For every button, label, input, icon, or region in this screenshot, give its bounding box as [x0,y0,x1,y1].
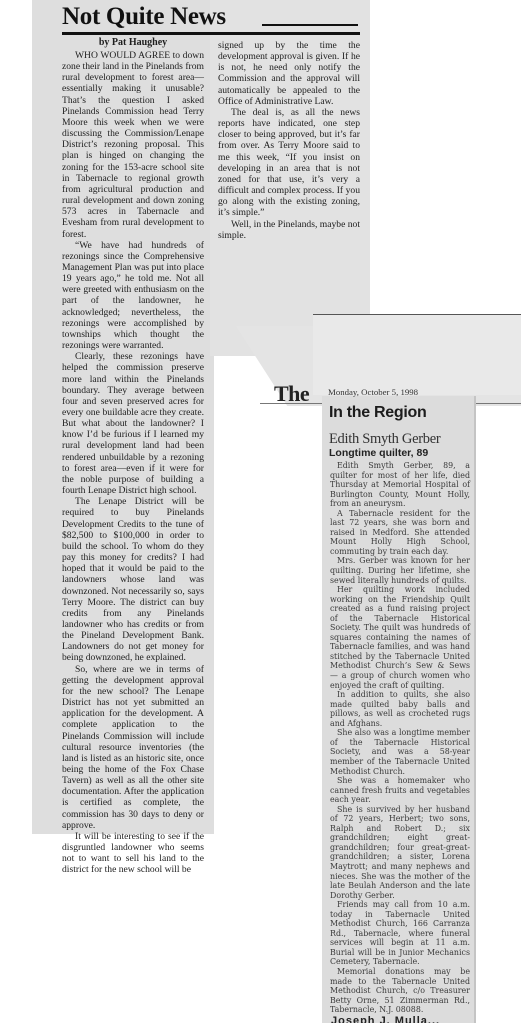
article-column-a: WHO WOULD AGREE to down zone their land … [62,50,204,876]
paragraph: So, where are we in terms of getting the… [62,664,204,831]
masthead-paper-top [313,314,521,395]
byline: by Pat Haughey [62,37,204,48]
paragraph: Edith Smyth Gerber, 89, a quilter for mo… [330,461,470,509]
paragraph: “We have had hundreds of rezonings since… [62,240,204,352]
paragraph: She also was a longtime member of the Ta… [330,728,470,776]
obituary-subhead: Longtime quilter, 89 [329,447,428,459]
paragraph: Mrs. Gerber was known for her quilting. … [330,556,470,585]
paragraph: Memorial donations may be made to the Ta… [330,967,470,1015]
paragraph: She is survived by her husband of 72 yea… [330,805,470,900]
issue-date: Monday, October 5, 1998 [328,387,418,397]
title-rule [62,32,360,35]
paragraph: She was a homemaker who canned fresh fru… [330,776,470,805]
section-heading: In the Region [329,404,426,422]
paragraph: The Lenape District will be required to … [62,496,204,663]
paragraph: Clearly, these rezonings have helped the… [62,351,204,496]
obituary-body: Edith Smyth Gerber, 89, a quilter for mo… [330,461,470,1015]
paragraph: signed up by the time the development ap… [218,40,360,107]
paragraph: Her quilting work included working on th… [330,585,470,690]
title-underline [262,24,358,26]
clipping-edge-shadow [474,396,476,1023]
paragraph: A Tabernacle resident for the last 72 ye… [330,509,470,557]
obituary-name: Edith Smyth Gerber [329,431,440,448]
paragraph: The deal is, as all the news reports hav… [218,107,360,219]
column-title: Not Quite News [62,3,226,31]
paragraph: Well, in the Pinelands, maybe not simple… [218,219,360,241]
paragraph: Friends may call from 10 a.m. today in T… [330,900,470,967]
article-column-b: signed up by the time the development ap… [218,40,360,241]
paragraph: WHO WOULD AGREE to down zone their land … [62,50,204,240]
paragraph: In addition to quilts, she also made qui… [330,690,470,728]
paragraph: It will be interesting to see if the dis… [62,831,204,876]
next-headline-fragment: Joseph J. Mulla... [331,1015,440,1023]
